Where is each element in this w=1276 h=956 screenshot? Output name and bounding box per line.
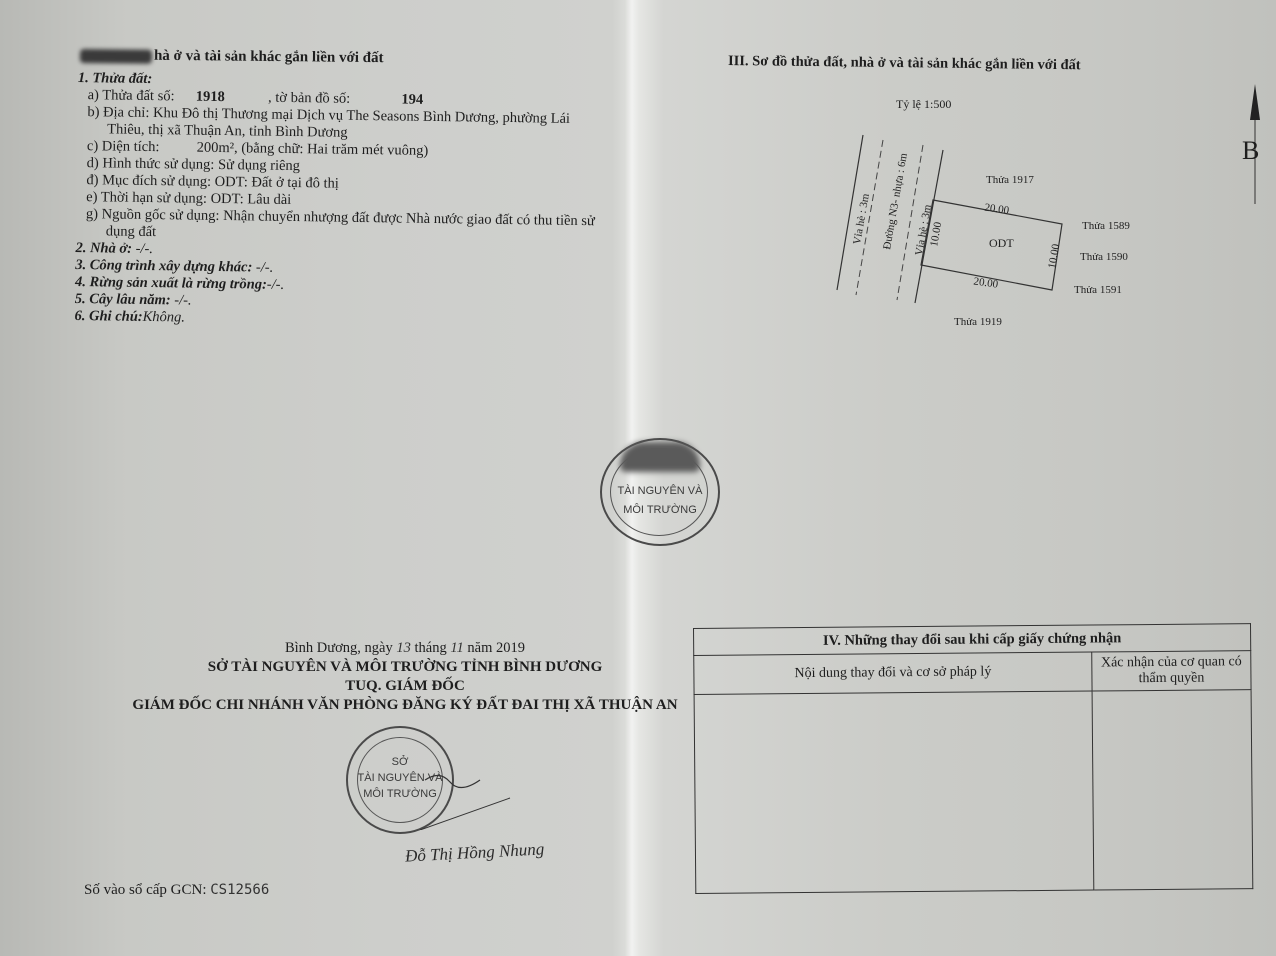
neighbor-bottom: Thửa 1919 [954, 316, 1002, 328]
section-title-text: hà ở và tài sản khác gắn liền với đất [154, 48, 384, 66]
signer-title1: TUQ. GIÁM ĐỐC [120, 678, 690, 695]
right-page: III. Sơ đồ thửa đất, nhà ở và tài sản kh… [630, 0, 1276, 956]
signature-stroke [420, 770, 520, 830]
seal-text0: SỞ [348, 756, 452, 768]
changes-table: IV. Những thay đổi sau khi cấp giấy chứn… [693, 623, 1253, 894]
issuing-org: SỞ TÀI NGUYÊN VÀ MÔI TRƯỜNG TỈNH BÌNH DƯ… [120, 659, 690, 676]
date-day: 13 [396, 640, 411, 656]
item-value: Không. [143, 309, 186, 326]
plot-diagram: Vỉa hè : 3m Đường N3- nhựa : 6m Vỉa hè :… [820, 125, 1160, 340]
gcn-value: CS12566 [210, 882, 269, 898]
section-title-left: hà ở và tài sản khác gắn liền với đất [80, 47, 384, 67]
item-label: 5. Cây lâu năm: [75, 291, 171, 308]
term-value: ODT: Lâu dài [211, 191, 292, 208]
signer-title2: GIÁM ĐỐC CHI NHÁNH VĂN PHÒNG ĐĂNG KÝ ĐẤT… [120, 697, 690, 714]
changes-content-cell [694, 691, 1094, 893]
item-label: 2. Nhà ở: [75, 240, 132, 257]
issue-date: Bình Dương, ngày 13 tháng 11 năm 2019 [120, 640, 690, 657]
redacted-block [80, 49, 152, 64]
neighbor-right3: Thửa 1591 [1074, 284, 1122, 296]
area-value: 200m², (bằng chữ: Hai trăm mét vuông) [197, 140, 429, 159]
signature-block: Bình Dương, ngày 13 tháng 11 năm 2019 SỞ… [120, 640, 690, 714]
left-page: hà ở và tài sản khác gắn liền với đất 1.… [0, 0, 630, 956]
neighbor-top: Thửa 1917 [986, 174, 1034, 186]
gcn-label: Số vào sổ cấp GCN: [84, 882, 207, 898]
neighbor-right2: Thửa 1590 [1080, 251, 1128, 263]
plot-land-type: ODT [989, 236, 1014, 250]
term-label: e) Thời hạn sử dụng: [86, 189, 207, 207]
month-label: tháng [415, 640, 447, 656]
north-label: B [1242, 136, 1259, 166]
purpose-label: đ) Mục đích sử dụng: [86, 172, 211, 190]
road-label: Đường N3- nhựa : 6m [881, 152, 910, 251]
date-prefix: Bình Dương, ngày [285, 640, 393, 656]
land-plot-details: 1. Thửa đất: a) Thửa đất số: 1918 , tờ b… [74, 70, 638, 333]
item-label: 4. Rừng sản xuất là rừng trồng: [75, 274, 267, 293]
purpose-value: ODT: Đất ở tại đô thị [215, 174, 339, 192]
date-year: 2019 [496, 640, 525, 656]
address-label: b) Địa chỉ: [87, 104, 149, 121]
year-label: năm [467, 640, 492, 656]
item-value: -/-. [174, 292, 192, 308]
area-label: c) Diện tích: [87, 138, 160, 155]
gcn-register-number: Số vào sổ cấp GCN: CS12566 [84, 882, 269, 899]
map-scale: Tỷ lệ 1:500 [896, 97, 951, 112]
item-value: -/-. [267, 277, 285, 293]
map-sheet-label: , tờ bản đồ số: [268, 90, 350, 107]
item-value: -/-. [256, 260, 274, 276]
bottom-edge-length: 20.00 [973, 275, 1000, 290]
section-title-right: III. Sơ đồ thửa đất, nhà ở và tài sản kh… [728, 53, 1081, 74]
date-month: 11 [450, 640, 463, 656]
origin-label: g) Nguồn gốc sử dụng: [86, 206, 220, 224]
right-edge-length: 10.00 [1046, 243, 1062, 270]
item-value: -/-. [136, 241, 154, 257]
usage-form-label: d) Hình thức sử dụng: [87, 155, 215, 173]
plot-number-label: a) Thửa đất số: [88, 87, 175, 104]
north-arrow: B [1248, 84, 1262, 209]
neighbor-right1: Thửa 1589 [1082, 220, 1130, 232]
map-sheet-value: 194 [401, 92, 423, 108]
plot-number-value: 1918 [196, 89, 225, 105]
changes-confirmation-cell [1092, 690, 1253, 890]
top-edge-length: 20.00 [984, 202, 1011, 217]
changes-col-content: Nội dung thay đổi và cơ sở pháp lý [694, 652, 1092, 694]
item-label: 3. Công trình xây dựng khác: [75, 257, 252, 275]
usage-form-value: Sử dụng riêng [218, 157, 300, 174]
changes-col-confirmation: Xác nhận của cơ quan có thẩm quyền [1092, 651, 1251, 691]
item-label: 6. Ghi chú: [74, 308, 142, 325]
